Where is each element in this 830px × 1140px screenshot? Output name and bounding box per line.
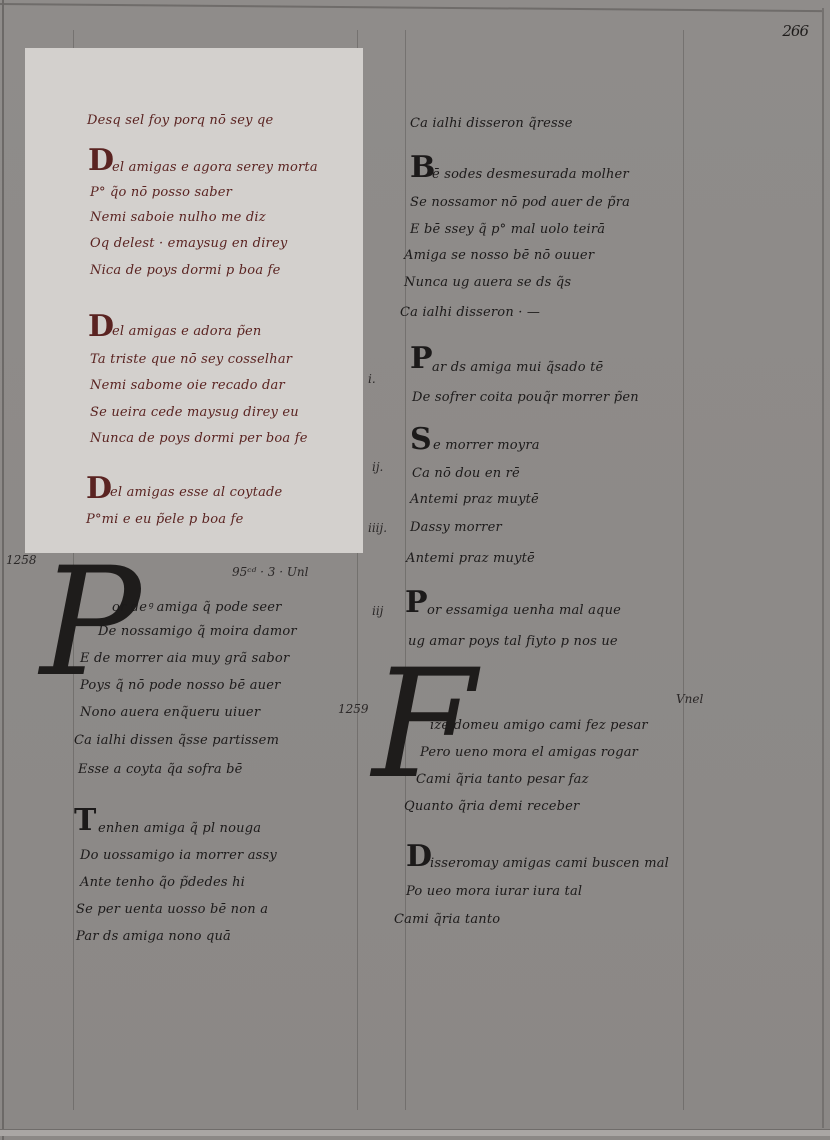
page-edge-top: [0, 3, 822, 12]
verse-line: Se per uenta uosso bē non a: [76, 902, 268, 917]
decorated-initial: T: [74, 806, 96, 836]
decorated-initial: D: [86, 474, 112, 504]
decorated-initial: P: [410, 344, 433, 374]
verse-line: Amiga se nosso bē nō ouuer: [404, 248, 594, 263]
verse-line: Nica de poys dormi p boa fe: [90, 263, 281, 278]
verse-line: ize domeu amigo cami fez pesar: [430, 718, 648, 733]
verse-line: Ca ialhi dissen q̃sse partissem: [74, 733, 279, 748]
verse-line: Cami q̃ria tanto: [394, 912, 500, 927]
verse-line: or deꝰ amiga q̃ pode seer: [112, 597, 282, 615]
decorated-initial: D: [88, 146, 114, 176]
verse-line: Po ueo mora iurar iura tal: [406, 884, 582, 899]
verse-line: Nemi sabome oie recado dar: [90, 378, 285, 393]
verse-line: Ante tenho q̃o p̃dedes hi: [80, 875, 245, 890]
verse-line: el amigas esse al coytade: [110, 485, 282, 500]
verse-line: Quanto q̃ria demi receber: [404, 799, 579, 814]
verse-line: Par ds amiga nono quā: [76, 929, 231, 944]
margin-numeral: ij.: [372, 460, 383, 474]
verse-line: Dassy morrer: [410, 520, 502, 535]
poem-number: 1259: [338, 702, 369, 716]
verse-line: Nemi saboie nulho me diz: [90, 210, 266, 225]
margin-note: Vnel: [676, 692, 703, 706]
verse-line: Antemi praz muytē: [410, 492, 539, 507]
verse-line: Antemi praz muytē: [406, 551, 535, 566]
verse-line: E de morrer aia muy grã sabor: [80, 651, 289, 666]
verse-line: De sofrer coita pouq̃r morrer p̃en: [412, 390, 639, 405]
verse-line: ar ds amiga mui q̃sado tē: [432, 360, 603, 375]
decorated-initial: S: [410, 425, 432, 455]
ruling-line: [683, 30, 684, 1110]
refrain-line: Desq sel foy porq nō sey qe: [87, 113, 273, 128]
verse-line: el amigas e agora serey morta: [112, 160, 318, 175]
verse-line: enhen amiga q̃ pl nouga: [98, 821, 261, 836]
page-edge-right: [822, 8, 824, 1128]
verse-line: or essamiga uenha mal aque: [427, 603, 621, 618]
verse-line: P° q̃o nō posso saber: [90, 185, 232, 200]
ruling-line: [405, 30, 406, 1110]
page-edge-left: [2, 0, 4, 1140]
verse-line: Ca nō dou en rē: [412, 466, 520, 481]
decorated-initial: D: [88, 312, 114, 342]
verse-line: ē sodes desmesurada molher: [432, 167, 629, 182]
verse-line: e morrer moyra: [433, 438, 540, 453]
margin-numeral: iiij.: [368, 521, 387, 535]
poem-number: 1258: [6, 553, 37, 567]
verse-line: Esse a coyta q̃a sofra bē: [78, 762, 243, 777]
verse-line: Poys q̃ nō pode nosso bē auer: [80, 678, 281, 693]
margin-numeral: i.: [368, 372, 376, 386]
verse-line: Nunca ug auera se ds q̃s: [404, 275, 571, 290]
verse-line: Cami q̃ria tanto pesar faz: [416, 772, 589, 787]
verse-line: el amigas e adora p̃en: [112, 324, 262, 339]
verse-line: De nossamigo q̃ moira damor: [98, 624, 297, 639]
verse-line: Se nossamor nō pod auer de p̃ra: [410, 195, 630, 210]
verse-line: Oq delest · emaysug en direy: [90, 236, 287, 251]
verse-line: Se ueira cede maysug direy eu: [90, 405, 299, 420]
verse-line: isseromay amigas cami buscen mal: [430, 856, 669, 871]
page-edge-bottom: [0, 1129, 830, 1136]
verse-line: E bē ssey q̃ p° mal uolo teirā: [410, 222, 605, 237]
folio-number: 266: [782, 22, 808, 40]
verse-line: Pero ueno mora el amigas rogar: [420, 745, 638, 760]
verse-line: Nunca de poys dormi per boa fe: [90, 431, 308, 446]
refrain-line: Ca ialhi disseron q̃resse: [410, 116, 573, 131]
verse-line: Ca ialhi disseron · —: [400, 305, 540, 320]
verse-line: Ta triste que nō sey cosselhar: [90, 352, 292, 367]
margin-numeral: iij: [372, 604, 383, 618]
heading-note: 95ᶜᵈ · 3 · Unl: [232, 565, 309, 579]
flourished-initial: P: [40, 548, 141, 698]
verse-line: Nono auera enq̃ueru uiuer: [80, 705, 260, 720]
verse-line: Do uossamigo ia morrer assy: [80, 848, 277, 863]
decorated-initial: P: [405, 588, 428, 618]
decorated-initial: D: [406, 842, 432, 872]
verse-line: P°mi e eu p̃ele p boa fe: [86, 512, 243, 527]
manuscript-page: 266 Desq sel foy porq nō sey qe D el ami…: [0, 0, 830, 1140]
